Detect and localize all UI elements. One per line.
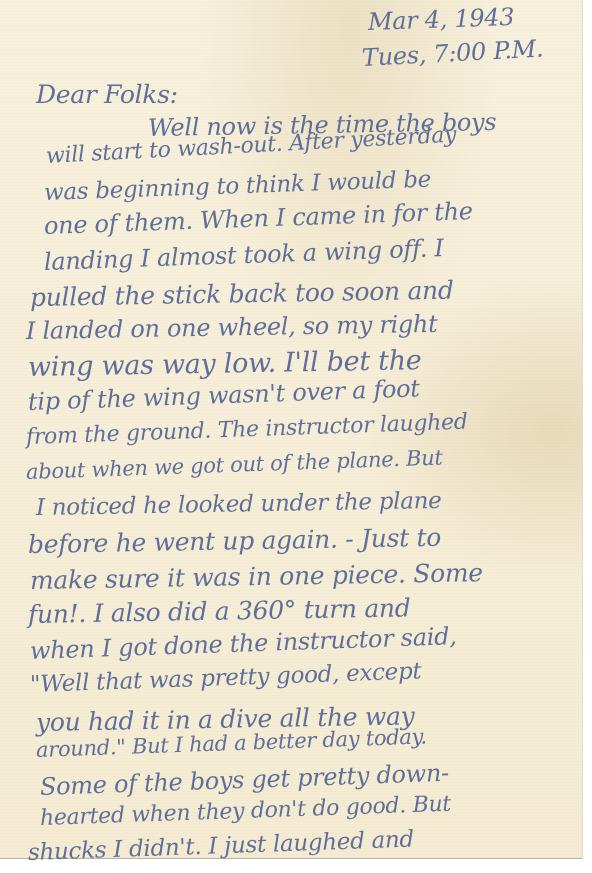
letter-line: landing I almost took a wing off. I bbox=[44, 234, 444, 276]
letter-line: make sure it was in one piece. Some bbox=[30, 558, 483, 595]
letter-line: pulled the stick back too soon and bbox=[30, 276, 454, 312]
letter-line: from the ground. The instructor laughed bbox=[26, 410, 468, 450]
letter-line: about when we got out of the plane. But bbox=[26, 445, 443, 484]
letter-line: I landed on one wheel, so my right bbox=[26, 310, 438, 345]
letter-time: Tues, 7:00 P.M. bbox=[361, 35, 544, 72]
letter-page: Mar 4, 1943 Tues, 7:00 P.M. Dear Folks: … bbox=[0, 0, 583, 859]
letter-salutation: Dear Folks: bbox=[36, 80, 178, 109]
letter-line: "Well that was pretty good, except bbox=[30, 658, 422, 698]
letter-date: Mar 4, 1943 bbox=[368, 3, 515, 36]
letter-line: fun!. I also did a 360° turn and bbox=[28, 593, 411, 629]
letter-line: before he went up again. - Just to bbox=[28, 523, 441, 559]
letter-line: shucks I didn't. I just laughed and bbox=[28, 827, 415, 866]
letter-line: I noticed he looked under the plane bbox=[36, 488, 442, 521]
